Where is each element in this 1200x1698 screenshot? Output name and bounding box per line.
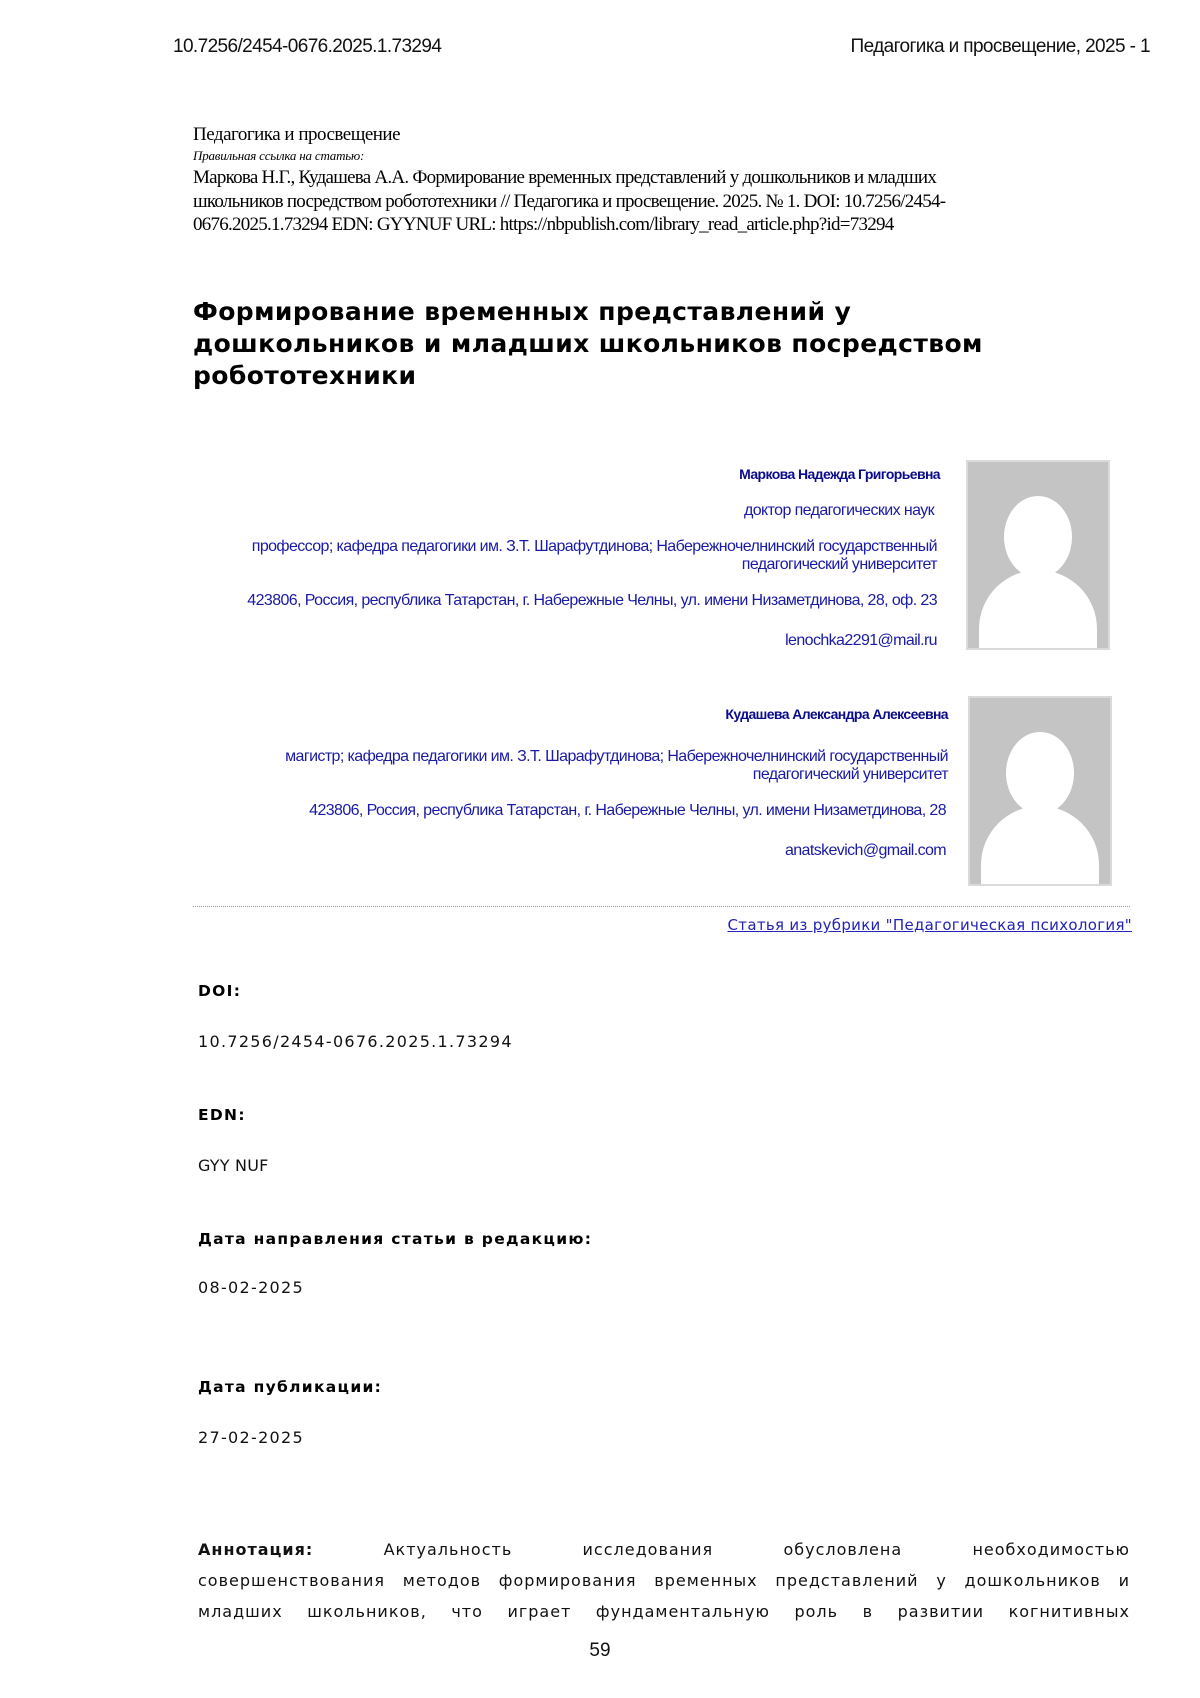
submitted-date: 08-02-2025 xyxy=(198,1278,304,1297)
submitted-label: Дата направления статьи в редакцию: xyxy=(198,1230,592,1248)
abstract-label: Аннотация: xyxy=(198,1540,313,1559)
edn-value: GYY NUF xyxy=(198,1156,269,1175)
header-doi: 10.7256/2454-0676.2025.1.73294 xyxy=(173,36,441,58)
abstract-line: совершенствования методов формирования в… xyxy=(198,1565,1130,1596)
avatar-body xyxy=(979,570,1097,650)
page-number: 59 xyxy=(0,1640,1200,1662)
author-position: профессор; кафедра педагогики им. З.Т. Ш… xyxy=(252,538,937,574)
abstract-line: Аннотация: Актуальность исследования обу… xyxy=(198,1534,1130,1565)
title-line: Формирование временных представлений у xyxy=(193,296,1053,328)
title-line: робототехники xyxy=(193,360,1053,392)
citation-label: Правильная ссылка на статью: xyxy=(193,148,364,164)
author-name[interactable]: Маркова Надежда Григорьевна xyxy=(739,466,940,484)
divider xyxy=(193,906,1130,907)
avatar-body xyxy=(981,806,1099,886)
title-line: дошкольников и младших школьников посред… xyxy=(193,328,1053,360)
article-title: Формирование временных представлений у д… xyxy=(193,296,1053,392)
published-label: Дата публикации: xyxy=(198,1378,382,1396)
abstract-line: младших школьников, что играет фундамент… xyxy=(198,1596,1130,1627)
citation-text: Маркова Н.Г., Кудашева А.А. Формирование… xyxy=(193,166,1043,237)
header-journal-issue: Педагогика и просвещение, 2025 - 1 xyxy=(851,36,1150,58)
abstract: Аннотация: Актуальность исследования обу… xyxy=(198,1534,1130,1627)
author-address: 423806, Россия, республика Татарстан, г.… xyxy=(309,802,946,820)
journal-name: Педагогика и просвещение xyxy=(193,124,400,146)
author-email[interactable]: lenochka2291@mail.ru xyxy=(785,632,937,650)
doi-value: 10.7256/2454-0676.2025.1.73294 xyxy=(198,1032,513,1051)
author-position: магистр; кафедра педагогики им. З.Т. Шар… xyxy=(285,748,948,784)
author-photo xyxy=(968,696,1112,886)
citation-line: 0676.2025.1.73294 EDN: GYYNUF URL: https… xyxy=(193,213,1043,237)
author-name[interactable]: Кудашева Александра Алексеевна xyxy=(725,706,948,724)
author-degree: доктор педагогических наук xyxy=(744,502,934,520)
author-address: 423806, Россия, республика Татарстан, г.… xyxy=(247,592,937,610)
published-date: 27-02-2025 xyxy=(198,1428,304,1447)
avatar-head xyxy=(1004,496,1072,578)
author-card: Маркова Надежда Григорьевна доктор педаг… xyxy=(200,460,940,660)
rubric-link[interactable]: Статья из рубрики "Педагогическая психол… xyxy=(728,916,1132,934)
citation-line: Маркова Н.Г., Кудашева А.А. Формирование… xyxy=(193,166,1043,190)
author-email[interactable]: anatskevich@gmail.com xyxy=(785,842,946,860)
author-card: Кудашева Александра Алексеевна магистр; … xyxy=(200,700,948,900)
author-photo xyxy=(966,460,1110,650)
doi-label: DOI: xyxy=(198,982,241,1000)
edn-label: EDN: xyxy=(198,1106,246,1124)
avatar-head xyxy=(1006,732,1074,814)
citation-line: школьников посредством робототехники // … xyxy=(193,190,1043,214)
